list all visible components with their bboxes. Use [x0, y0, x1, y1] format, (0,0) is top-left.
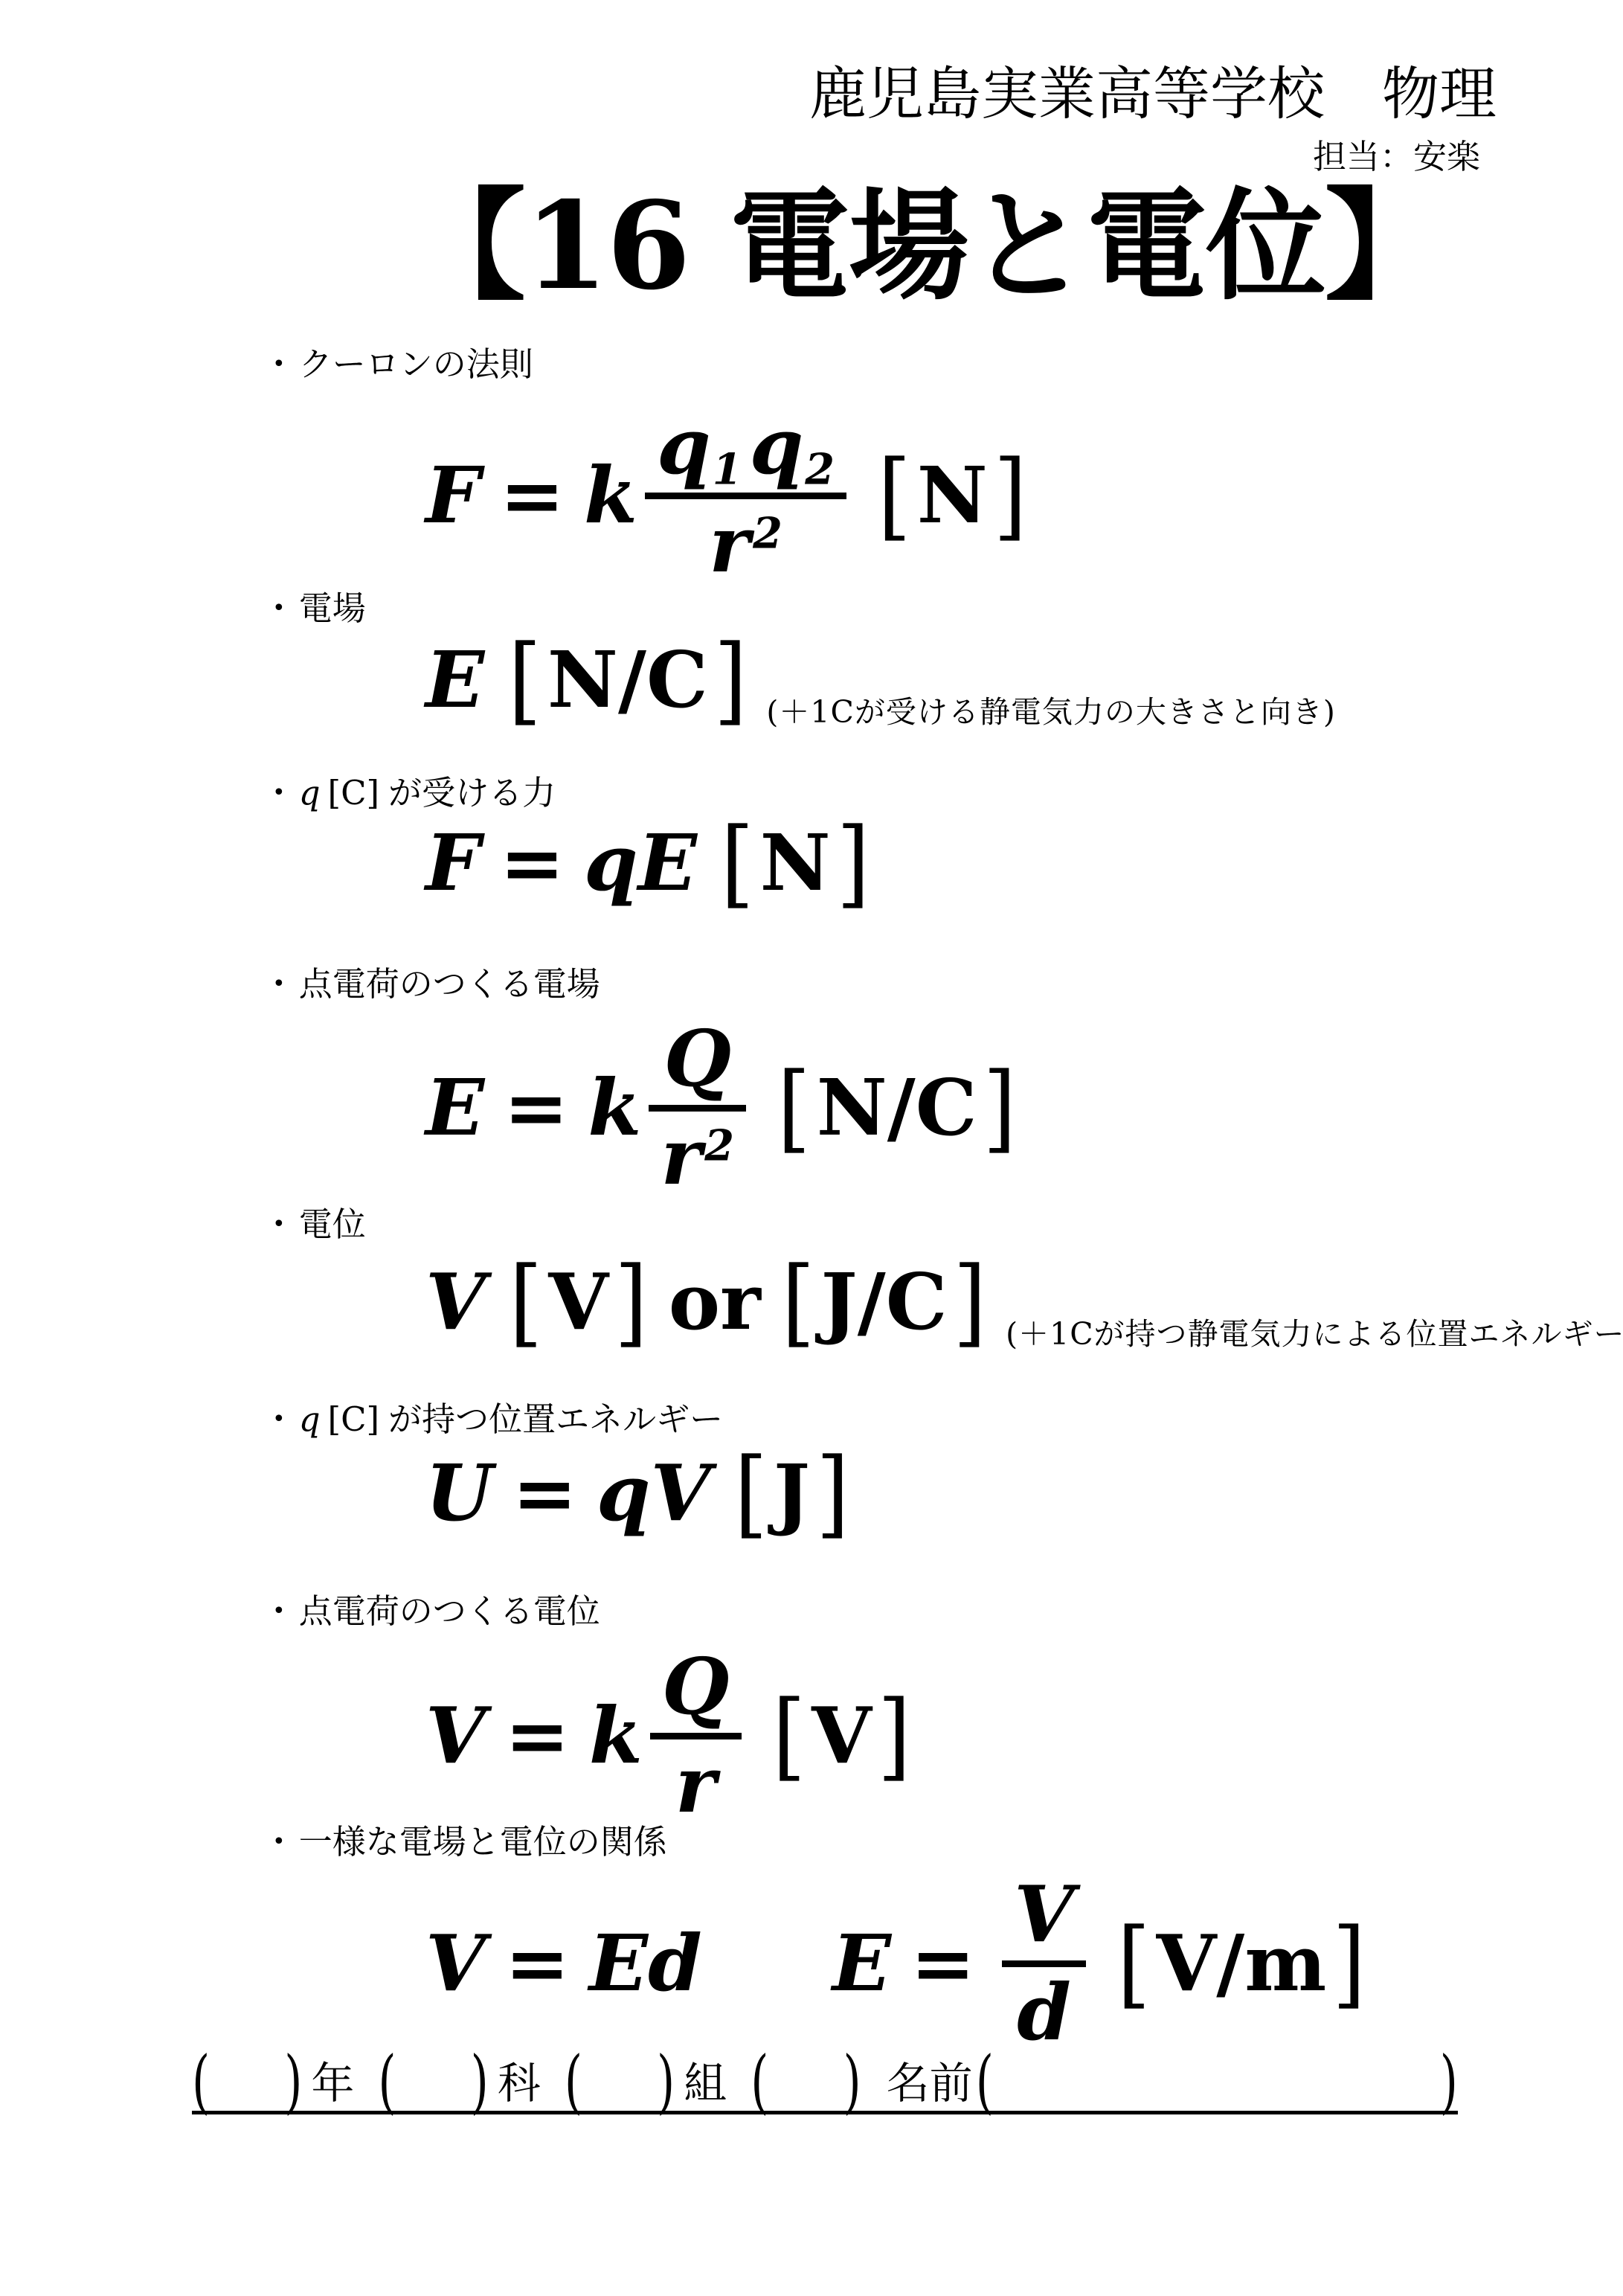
unit-newton: N	[917, 454, 988, 537]
left-bracket: [	[782, 1251, 815, 1353]
left-bracket: [	[1117, 1911, 1151, 2014]
electric-field-unit: E [ N/C ] (＋1Cが受ける静電気力の大きさと向き)	[425, 634, 1336, 726]
math-var-d: d	[648, 1922, 702, 2005]
bullet-icon: •	[272, 779, 286, 807]
coulomb-law-formula: F = k q 1 q 2 r 2 [ N ]	[425, 405, 1026, 585]
name-label: 名前	[887, 2062, 973, 2105]
section-potential-energy-label: が持つ位置エネルギー	[388, 1399, 723, 1440]
math-var-r: r	[709, 504, 750, 585]
math-var-q: q	[597, 1452, 651, 1535]
bullet-icon: •	[272, 1828, 286, 1856]
section-force-label: が受ける力	[388, 772, 556, 814]
close-paren: )	[284, 2048, 302, 2117]
department-label: 科	[498, 2062, 541, 2105]
heading-var-q: q	[299, 772, 321, 814]
fraction: Q r 2	[649, 1018, 746, 1197]
left-bracket: [	[721, 812, 754, 914]
right-bracket: ]	[614, 1251, 648, 1353]
math-var-k: k	[584, 454, 637, 537]
math-var-r: r	[675, 1744, 716, 1825]
fraction: Q r	[650, 1646, 742, 1825]
open-paren: (	[378, 2048, 396, 2117]
section-potential-energy-heading: • q [C] が持つ位置エネルギー	[272, 1399, 723, 1440]
math-var-Q: Q	[662, 1646, 730, 1727]
unit-newton: N	[760, 821, 831, 905]
fraction-denominator: d	[1005, 1967, 1083, 2053]
close-paren: )	[657, 2048, 675, 2117]
bullet-icon: •	[272, 1405, 286, 1434]
uniform-field-relation-formula: V = E d E = V d [ V/m ]	[425, 1873, 1366, 2053]
left-bracket: [	[777, 1056, 811, 1158]
math-equals: =	[910, 1922, 975, 2005]
section-point-potential-heading: • 点電荷のつくる電位	[272, 1591, 600, 1632]
fraction-denominator: r	[663, 1739, 728, 1825]
force-on-charge-formula: F = q E [ N ]	[425, 817, 870, 909]
close-paren: )	[843, 2048, 861, 2117]
left-bracket: [	[508, 629, 541, 731]
unit-newton-per-coulomb: N/C	[547, 638, 708, 722]
heading-var-q: q	[299, 1399, 321, 1440]
bullet-icon: •	[272, 350, 286, 379]
math-var-E: E	[832, 1922, 891, 2005]
field-definition-note: (＋1Cが受ける静電気力の大きさと向き)	[766, 696, 1335, 728]
page-title: 【16 電場と電位】	[405, 177, 1444, 315]
close-paren: )	[1440, 2048, 1458, 2117]
unit-volt-per-meter: V/m	[1157, 1922, 1327, 2005]
math-equals: =	[512, 1452, 577, 1535]
class-label: 組	[684, 2062, 727, 2105]
worksheet-page: 鹿児島実業高等学校 物理 担当：安楽 【16 電場と電位】 • クーロンの法則 …	[0, 0, 1623, 2296]
fraction-denominator: r 2	[649, 1112, 746, 1197]
heading-unit-coulomb: [C]	[328, 772, 380, 814]
heading-unit-coulomb: [C]	[328, 1399, 380, 1440]
section-potential-label: 電位	[299, 1204, 366, 1245]
close-paren: )	[471, 2048, 489, 2117]
math-var-F: F	[425, 454, 481, 537]
math-var-q: q	[584, 821, 638, 905]
section-point-field-label: 点電荷のつくる電場	[299, 963, 600, 1005]
right-bracket: ]	[983, 1056, 1017, 1158]
math-var-E: E	[638, 821, 697, 905]
bullet-icon: •	[272, 1597, 286, 1626]
open-paren: (	[751, 2048, 768, 2117]
math-var-E: E	[425, 1066, 484, 1149]
section-coulomb-label: クーロンの法則	[299, 344, 533, 385]
left-bracket: [	[734, 1442, 768, 1545]
math-equals: =	[500, 454, 565, 537]
math-var-Q: Q	[663, 1018, 731, 1099]
math-var-E: E	[425, 638, 484, 722]
fraction-denominator: r 2	[697, 499, 794, 585]
section-coulomb-heading: • クーロンの法則	[272, 344, 533, 385]
fraction-numerator: Q	[652, 1018, 743, 1105]
fraction-numerator: Q	[650, 1646, 742, 1733]
math-var-V: V	[425, 1260, 486, 1344]
header-school-subject: 鹿児島実業高等学校 物理	[809, 62, 1497, 129]
math-var-V: V	[1014, 1873, 1074, 1955]
bullet-icon: •	[272, 970, 286, 998]
right-bracket: ]	[994, 443, 1027, 546]
or-word: or	[669, 1260, 761, 1344]
math-var-q1: q	[657, 405, 711, 487]
math-var-k: k	[588, 1066, 641, 1149]
section-potential-heading: • 電位	[272, 1204, 366, 1245]
open-paren: (	[976, 2048, 994, 2117]
math-var-E: E	[589, 1922, 648, 2005]
math-var-F: F	[425, 821, 481, 905]
math-var-r: r	[661, 1116, 701, 1197]
math-equals: =	[504, 1066, 568, 1149]
section-force-heading: • q [C] が受ける力	[272, 772, 556, 814]
right-bracket: ]	[816, 1442, 849, 1545]
header-staff: 担当：安楽	[1313, 137, 1480, 177]
math-var-V: V	[425, 1694, 486, 1777]
open-paren: (	[565, 2048, 582, 2117]
right-bracket: ]	[953, 1251, 986, 1353]
unit-volt: V	[548, 1260, 608, 1344]
math-subscript-2: 2	[805, 447, 835, 492]
math-equals: =	[500, 821, 565, 905]
left-bracket: [	[878, 443, 911, 546]
open-paren: (	[192, 2048, 210, 2117]
fraction-numerator: V	[1002, 1873, 1086, 1960]
left-bracket: [	[510, 1251, 543, 1353]
math-equals: =	[505, 1694, 570, 1777]
section-point-field-heading: • 点電荷のつくる電場	[272, 963, 600, 1005]
section-field-heading: • 電場	[272, 588, 366, 629]
math-equals: =	[505, 1922, 570, 2005]
math-exponent-2: 2	[753, 512, 782, 557]
field-of-point-charge-formula: E = k Q r 2 [ N/C ]	[425, 1018, 1016, 1197]
right-bracket: ]	[878, 1684, 911, 1786]
bullet-icon: •	[272, 1210, 286, 1239]
math-var-d: d	[1017, 1972, 1071, 2053]
potential-of-point-charge-formula: V = k Q r [ V ]	[425, 1646, 910, 1825]
section-field-label: 電場	[299, 588, 366, 629]
section-uniform-field-heading: • 一様な電場と電位の関係	[272, 1821, 667, 1863]
math-var-V: V	[425, 1922, 486, 2005]
fraction-numerator: q 1 q 2	[645, 405, 846, 493]
math-subscript-1: 1	[713, 447, 742, 492]
unit-joule: J	[774, 1452, 810, 1535]
math-var-q2: q	[750, 405, 804, 487]
section-uniform-field-label: 一様な電場と電位の関係	[299, 1821, 667, 1863]
math-var-V: V	[651, 1452, 711, 1535]
right-bracket: ]	[837, 812, 870, 914]
potential-energy-formula: U = q V [ J ]	[425, 1447, 849, 1539]
bullet-icon: •	[272, 594, 286, 623]
math-exponent-2: 2	[704, 1124, 734, 1169]
math-var-k: k	[589, 1694, 643, 1777]
unit-joule-per-coulomb: J/C	[821, 1260, 948, 1344]
unit-newton-per-coulomb: N/C	[817, 1066, 977, 1149]
student-info-line: ( ) 年 ( ) 科 ( ) 組 ( ) 名前 ( )	[192, 2048, 1458, 2114]
section-point-potential-label: 点電荷のつくる電位	[299, 1591, 600, 1632]
right-bracket: ]	[714, 629, 748, 731]
fraction: V d	[1002, 1873, 1086, 2053]
left-bracket: [	[773, 1684, 806, 1786]
fraction: q 1 q 2 r 2	[645, 405, 846, 585]
potential-definition-note: (＋1Cが持つ静電気力による位置エネルギー)	[1006, 1318, 1623, 1350]
math-var-U: U	[425, 1452, 493, 1535]
potential-unit: V [ V ] or [ J/C ] (＋1Cが持つ静電気力による位置エネルギー…	[425, 1256, 1623, 1348]
year-label: 年	[311, 2062, 354, 2105]
right-bracket: ]	[1332, 1911, 1366, 2014]
unit-volt: V	[811, 1694, 872, 1777]
